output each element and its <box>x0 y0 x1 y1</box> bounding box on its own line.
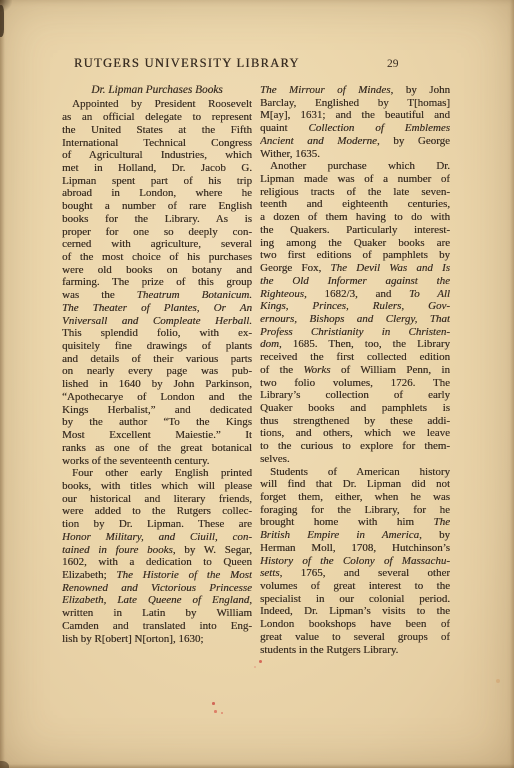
text-segment: Another purchase which Dr. <box>270 160 450 172</box>
text-line: Renowned and Victorious Princesse <box>62 582 252 595</box>
text-line: History of the Colony of Massachu- <box>260 555 450 568</box>
text-line: Four other early English printed <box>62 467 252 480</box>
text-line: and details of their various parts <box>62 353 252 366</box>
text-line: cerned with agriculture, several <box>62 238 252 251</box>
text-segment: on nearly every page was pub- <box>62 365 252 377</box>
text-segment: , by W. Segar, <box>173 544 252 556</box>
text-segment: of the most choice of his purchases <box>62 251 252 263</box>
text-segment: two first editions of pamphlets by <box>260 249 450 261</box>
text-segment: Quaker books and pamphlets is <box>260 402 450 414</box>
text-line: books for the Library. As is <box>62 213 252 226</box>
italic-text-segment: Theatrum Botanicum. <box>137 289 252 301</box>
text-line: of Agricultural Industries, which <box>62 149 252 162</box>
running-header-title: RUTGERS UNIVERSITY LIBRARY <box>74 56 300 71</box>
text-line: works of the seventeenth century. <box>62 455 252 468</box>
text-line: Lipman made was of a number of <box>260 173 450 186</box>
text-line: volumes of great interest to the <box>260 580 450 593</box>
text-segment: selves. <box>260 453 290 465</box>
italic-text-segment: The Historie of the Most <box>116 569 252 581</box>
text-line: Kings, Princes, Rulers, Gov- <box>260 300 450 313</box>
text-line: of the most choice of his purchases <box>62 251 252 264</box>
text-line: our historical and literary friends, <box>62 493 252 506</box>
text-line: forget them, either, when he was <box>260 491 450 504</box>
top-left-corner-mark <box>0 5 4 37</box>
text-line: London bookshops have been of <box>260 618 450 631</box>
text-segment: London bookshops have been of <box>260 618 450 630</box>
text-segment: brought home with him <box>260 516 434 528</box>
text-segment: two folio volumes, 1726. The <box>260 377 450 389</box>
text-segment: tion by Dr. Lipman. These are <box>62 518 252 530</box>
text-line: “Apothecarye of London and the <box>62 391 252 404</box>
text-line: on nearly every page was pub- <box>62 365 252 378</box>
italic-text-segment: Vniversall and Compleate Herball. <box>62 315 252 327</box>
italic-text-segment: British Empire in America <box>260 529 419 541</box>
text-segment: to the curious to explore for them- <box>260 440 450 452</box>
text-line: George Fox, The Devil Was and Is <box>260 262 450 275</box>
ink-speck <box>214 710 217 713</box>
italic-text-segment: Collection of Emblemes <box>308 122 450 134</box>
text-line: ranks as one of the great botanical <box>62 442 252 455</box>
text-segment: written in Latin by William <box>62 607 252 619</box>
ink-speck <box>259 660 262 663</box>
text-line: setts, 1765, and several other <box>260 567 450 580</box>
text-segment: were added to the Rutgers collec- <box>62 505 252 517</box>
text-line: farming. The prize of this group <box>62 276 252 289</box>
page-number: 29 <box>387 58 399 70</box>
italic-text-segment: The Mirrour of Mindes <box>260 84 391 96</box>
text-segment: works of the seventeenth century. <box>62 455 209 467</box>
italic-text-segment: The Devil Was and Is <box>330 262 450 274</box>
text-segment: books, with titles which will please <box>62 480 252 492</box>
text-segment: the United States at the Fifth <box>62 124 252 136</box>
text-segment: forget them, either, when he was <box>260 491 450 503</box>
text-line: written in Latin by William <box>62 607 252 620</box>
italic-text-segment: Kings, Princes, Rulers, Gov- <box>260 300 450 312</box>
text-segment: students in the Rutgers Library. <box>260 644 398 656</box>
text-segment: quisitely fine drawings of plants <box>62 340 252 352</box>
text-line: Appointed by President Roosevelt <box>62 98 252 111</box>
text-line: British Empire in America, by <box>260 529 450 542</box>
text-line: lish by R[obert] N[orton], 1630; <box>62 633 252 646</box>
left-edge-shadow <box>0 0 5 768</box>
text-segment: Lipman spent part of his trip <box>62 175 252 187</box>
text-segment: lished in 1640 by John Parkinson, <box>62 378 252 390</box>
text-line: The Theater of Plantes, Or An <box>62 302 252 315</box>
text-line: specialist in our colonial period. <box>260 593 450 606</box>
italic-text-segment: The <box>434 516 451 528</box>
text-line: books, with titles which will please <box>62 480 252 493</box>
text-segment: Appointed by President Roosevelt <box>72 98 252 110</box>
text-segment: quaint <box>260 122 308 134</box>
text-segment: tions, and others, which we leave <box>260 427 450 439</box>
text-line: Another purchase which Dr. <box>260 160 450 173</box>
text-line: Ancient and Moderne, by George <box>260 135 450 148</box>
text-line: religious tracts of the late seven- <box>260 186 450 199</box>
ink-speck <box>254 666 256 668</box>
text-line: Herman Moll, 1708, Hutchinson’s <box>260 542 450 555</box>
text-line: ernours, Bishops and Clergy, That <box>260 313 450 326</box>
text-segment: lish by R[obert] N[orton], 1630; <box>62 633 203 645</box>
text-line: Wither, 1635. <box>260 148 450 161</box>
text-line: as an official delegate to represent <box>62 111 252 124</box>
text-segment: cerned with agriculture, several <box>62 238 252 250</box>
text-segment: George Fox, <box>260 262 330 274</box>
text-segment: “Apothecarye of London and the <box>62 391 252 403</box>
text-segment: of the <box>260 364 303 376</box>
text-line: abroad in London, where he <box>62 187 252 200</box>
text-segment: ing among the Quaker books are <box>260 237 450 249</box>
text-segment: Herman Moll, 1708, Hutchinson’s <box>260 542 450 554</box>
text-segment: thus strengthened by these addi- <box>260 415 450 427</box>
text-line: the United States at the Fifth <box>62 124 252 137</box>
text-segment: , by John <box>391 84 450 96</box>
text-segment: specialist in our colonial period. <box>260 593 450 605</box>
text-segment: received the first collected edition <box>260 351 450 363</box>
text-line: Students of American history <box>260 466 450 479</box>
text-line: Elizabeth, Late Queene of England, <box>62 594 252 607</box>
italic-text-segment: Ancient and Moderne <box>260 135 377 147</box>
text-segment: and details of their various parts <box>62 353 252 365</box>
text-line: two folio volumes, 1726. The <box>260 377 450 390</box>
text-line: proper for one so deeply con- <box>62 226 252 239</box>
italic-text-segment: tained in foure books <box>62 544 173 556</box>
text-line: Most Excellent Maiestie.” It <box>62 429 252 442</box>
text-line: Library’s collection of early <box>260 389 450 402</box>
text-line: thus strengthened by these addi- <box>260 415 450 428</box>
italic-text-segment: Elizabeth, Late Queene of England <box>62 594 249 606</box>
text-segment: were old books on botany and <box>62 264 252 276</box>
text-line: by the author “To the Kings <box>62 416 252 429</box>
scanned-book-page: RUTGERS UNIVERSITY LIBRARY 29 Dr. Lipman… <box>0 0 514 768</box>
italic-text-segment: ernours, Bishops and Clergy, That <box>260 313 450 325</box>
text-segment: the Quakers. Particularly interest- <box>260 224 450 236</box>
italic-text-segment: Works <box>303 364 330 376</box>
text-segment: , 1685. Then, too, the Library <box>279 338 450 350</box>
italic-text-segment: Profess Christianity in Christen- <box>260 326 450 338</box>
text-segment: ranks as one of the great botanical <box>62 442 252 454</box>
text-line: Quaker books and pamphlets is <box>260 402 450 415</box>
text-segment: will find that Dr. Lipman did not <box>260 478 450 490</box>
text-segment: proper for one so deeply con- <box>62 226 252 238</box>
text-line: Righteous, 1682/3, and To All <box>260 288 450 301</box>
text-line: selves. <box>260 453 450 466</box>
text-line: of the Works of William Penn, in <box>260 364 450 377</box>
text-line: Elizabeth; The Historie of the Most <box>62 569 252 582</box>
text-segment: Barclay, Englished by T[homas] <box>260 97 450 109</box>
text-segment: , by George <box>377 135 450 147</box>
text-line: Profess Christianity in Christen- <box>260 326 450 339</box>
text-line: foraging for the Library, for he <box>260 504 450 517</box>
text-line: Indeed, Dr. Lipman’s visits to the <box>260 605 450 618</box>
text-segment: foraging for the Library, for he <box>260 504 450 516</box>
text-segment: met in Holland, Dr. Jacob G. <box>62 162 252 174</box>
italic-text-segment: the Old Informer against the <box>260 275 450 287</box>
text-line: teenth and eighteenth centuries, <box>260 198 450 211</box>
text-segment: was the <box>62 289 137 301</box>
text-segment: , by <box>419 529 450 541</box>
text-segment: teenth and eighteenth centuries, <box>260 198 450 210</box>
text-line: tained in foure books, by W. Segar, <box>62 544 252 557</box>
text-segment: , <box>249 594 252 606</box>
right-edge-shadow <box>510 0 514 768</box>
text-segment: of Agricultural Industries, which <box>62 149 252 161</box>
text-segment: Most Excellent Maiestie.” It <box>62 429 252 441</box>
text-line: dom, 1685. Then, too, the Library <box>260 338 450 351</box>
text-segment: great value to several groups of <box>260 631 450 643</box>
text-line: M[ay], 1631; and the beautiful and <box>260 109 450 122</box>
text-line: students in the Rutgers Library. <box>260 644 450 657</box>
text-segment: religious tracts of the late seven- <box>260 186 450 198</box>
text-line: met in Holland, Dr. Jacob G. <box>62 162 252 175</box>
ink-speck <box>496 679 500 683</box>
ink-speck <box>212 702 215 705</box>
text-line: were old books on botany and <box>62 264 252 277</box>
text-segment: as an official delegate to represent <box>62 111 252 123</box>
text-line: quisitely fine drawings of plants <box>62 340 252 353</box>
text-line: a dozen of them having to do with <box>260 211 450 224</box>
text-line: tions, and others, which we leave <box>260 427 450 440</box>
text-line: two first editions of pamphlets by <box>260 249 450 262</box>
text-line: Barclay, Englished by T[homas] <box>260 97 450 110</box>
text-segment: International Technical Congress <box>62 137 252 149</box>
text-segment: Kings Herbalist,” and dedicated <box>62 404 252 416</box>
text-line: Vniversall and Compleate Herball. <box>62 315 252 328</box>
text-line: to the curious to explore for them- <box>260 440 450 453</box>
italic-text-segment: dom <box>260 338 279 350</box>
right-text-column: The Mirrour of Mindes, by JohnBarclay, E… <box>260 84 450 656</box>
text-segment: Camden and translated into Eng- <box>62 620 252 632</box>
text-line: the Quakers. Particularly interest- <box>260 224 450 237</box>
text-line: brought home with him The <box>260 516 450 529</box>
text-segment: Indeed, Dr. Lipman’s visits to the <box>260 605 450 617</box>
italic-text-segment: The Theater of Plantes, Or An <box>62 302 252 314</box>
bottom-edge-shadow <box>0 764 514 768</box>
text-line: lished in 1640 by John Parkinson, <box>62 378 252 391</box>
left-text-column: Dr. Lipman Purchases Books Appointed by … <box>62 84 252 645</box>
text-segment: bought a number of rare English <box>62 200 252 212</box>
italic-text-segment: Renowned and Victorious Princesse <box>62 582 252 594</box>
text-segment: , 1682/3, and <box>304 288 409 300</box>
text-segment: volumes of great interest to the <box>260 580 450 592</box>
text-segment: of William Penn, in <box>331 364 450 376</box>
text-segment: , 1765, and several other <box>280 567 450 579</box>
text-segment: Students of American history <box>270 466 450 478</box>
text-line: 1602, with a dedication to Queen <box>62 556 252 569</box>
text-segment: Elizabeth; <box>62 569 116 581</box>
text-line: International Technical Congress <box>62 137 252 150</box>
text-segment: by the author “To the Kings <box>62 416 252 428</box>
italic-text-segment: History of the Colony of Massachu- <box>260 555 450 567</box>
text-segment: abroad in London, where he <box>62 187 252 199</box>
text-line: Honor Military, and Ciuill, con- <box>62 531 252 544</box>
text-line: received the first collected edition <box>260 351 450 364</box>
text-line: the Old Informer against the <box>260 275 450 288</box>
text-line: was the Theatrum Botanicum. <box>62 289 252 302</box>
text-segment: Wither, 1635. <box>260 148 320 160</box>
text-line: were added to the Rutgers collec- <box>62 505 252 518</box>
text-line: great value to several groups of <box>260 631 450 644</box>
text-line: Kings Herbalist,” and dedicated <box>62 404 252 417</box>
text-segment: M[ay], 1631; and the beautiful and <box>260 109 450 121</box>
text-segment: books for the Library. As is <box>62 213 252 225</box>
text-segment: farming. The prize of this group <box>62 276 252 288</box>
italic-text-segment: Righteous <box>260 288 304 300</box>
text-line: Lipman spent part of his trip <box>62 175 252 188</box>
text-segment: a dozen of them having to do with <box>260 211 450 223</box>
text-line: The Mirrour of Mindes, by John <box>260 84 450 97</box>
italic-text-segment: To All <box>409 288 450 300</box>
italic-text-segment: setts <box>260 567 280 579</box>
ink-speck <box>221 712 223 714</box>
text-line: Camden and translated into Eng- <box>62 620 252 633</box>
section-heading: Dr. Lipman Purchases Books <box>62 84 252 98</box>
text-line: will find that Dr. Lipman did not <box>260 478 450 491</box>
italic-text-segment: Honor Military, and Ciuill, con- <box>62 531 252 543</box>
text-line: This splendid folio, with ex- <box>62 327 252 340</box>
text-segment: Lipman made was of a number of <box>260 173 450 185</box>
text-segment: Library’s collection of early <box>260 389 450 401</box>
text-segment: our historical and literary friends, <box>62 493 252 505</box>
text-segment: 1602, with a dedication to Queen <box>62 556 252 568</box>
text-line: ing among the Quaker books are <box>260 237 450 250</box>
text-segment: Four other early English printed <box>72 467 252 479</box>
bottom-left-corner-mark <box>0 761 9 768</box>
text-segment: This splendid folio, with ex- <box>62 327 252 339</box>
text-line: bought a number of rare English <box>62 200 252 213</box>
text-line: tion by Dr. Lipman. These are <box>62 518 252 531</box>
text-line: quaint Collection of Emblemes <box>260 122 450 135</box>
